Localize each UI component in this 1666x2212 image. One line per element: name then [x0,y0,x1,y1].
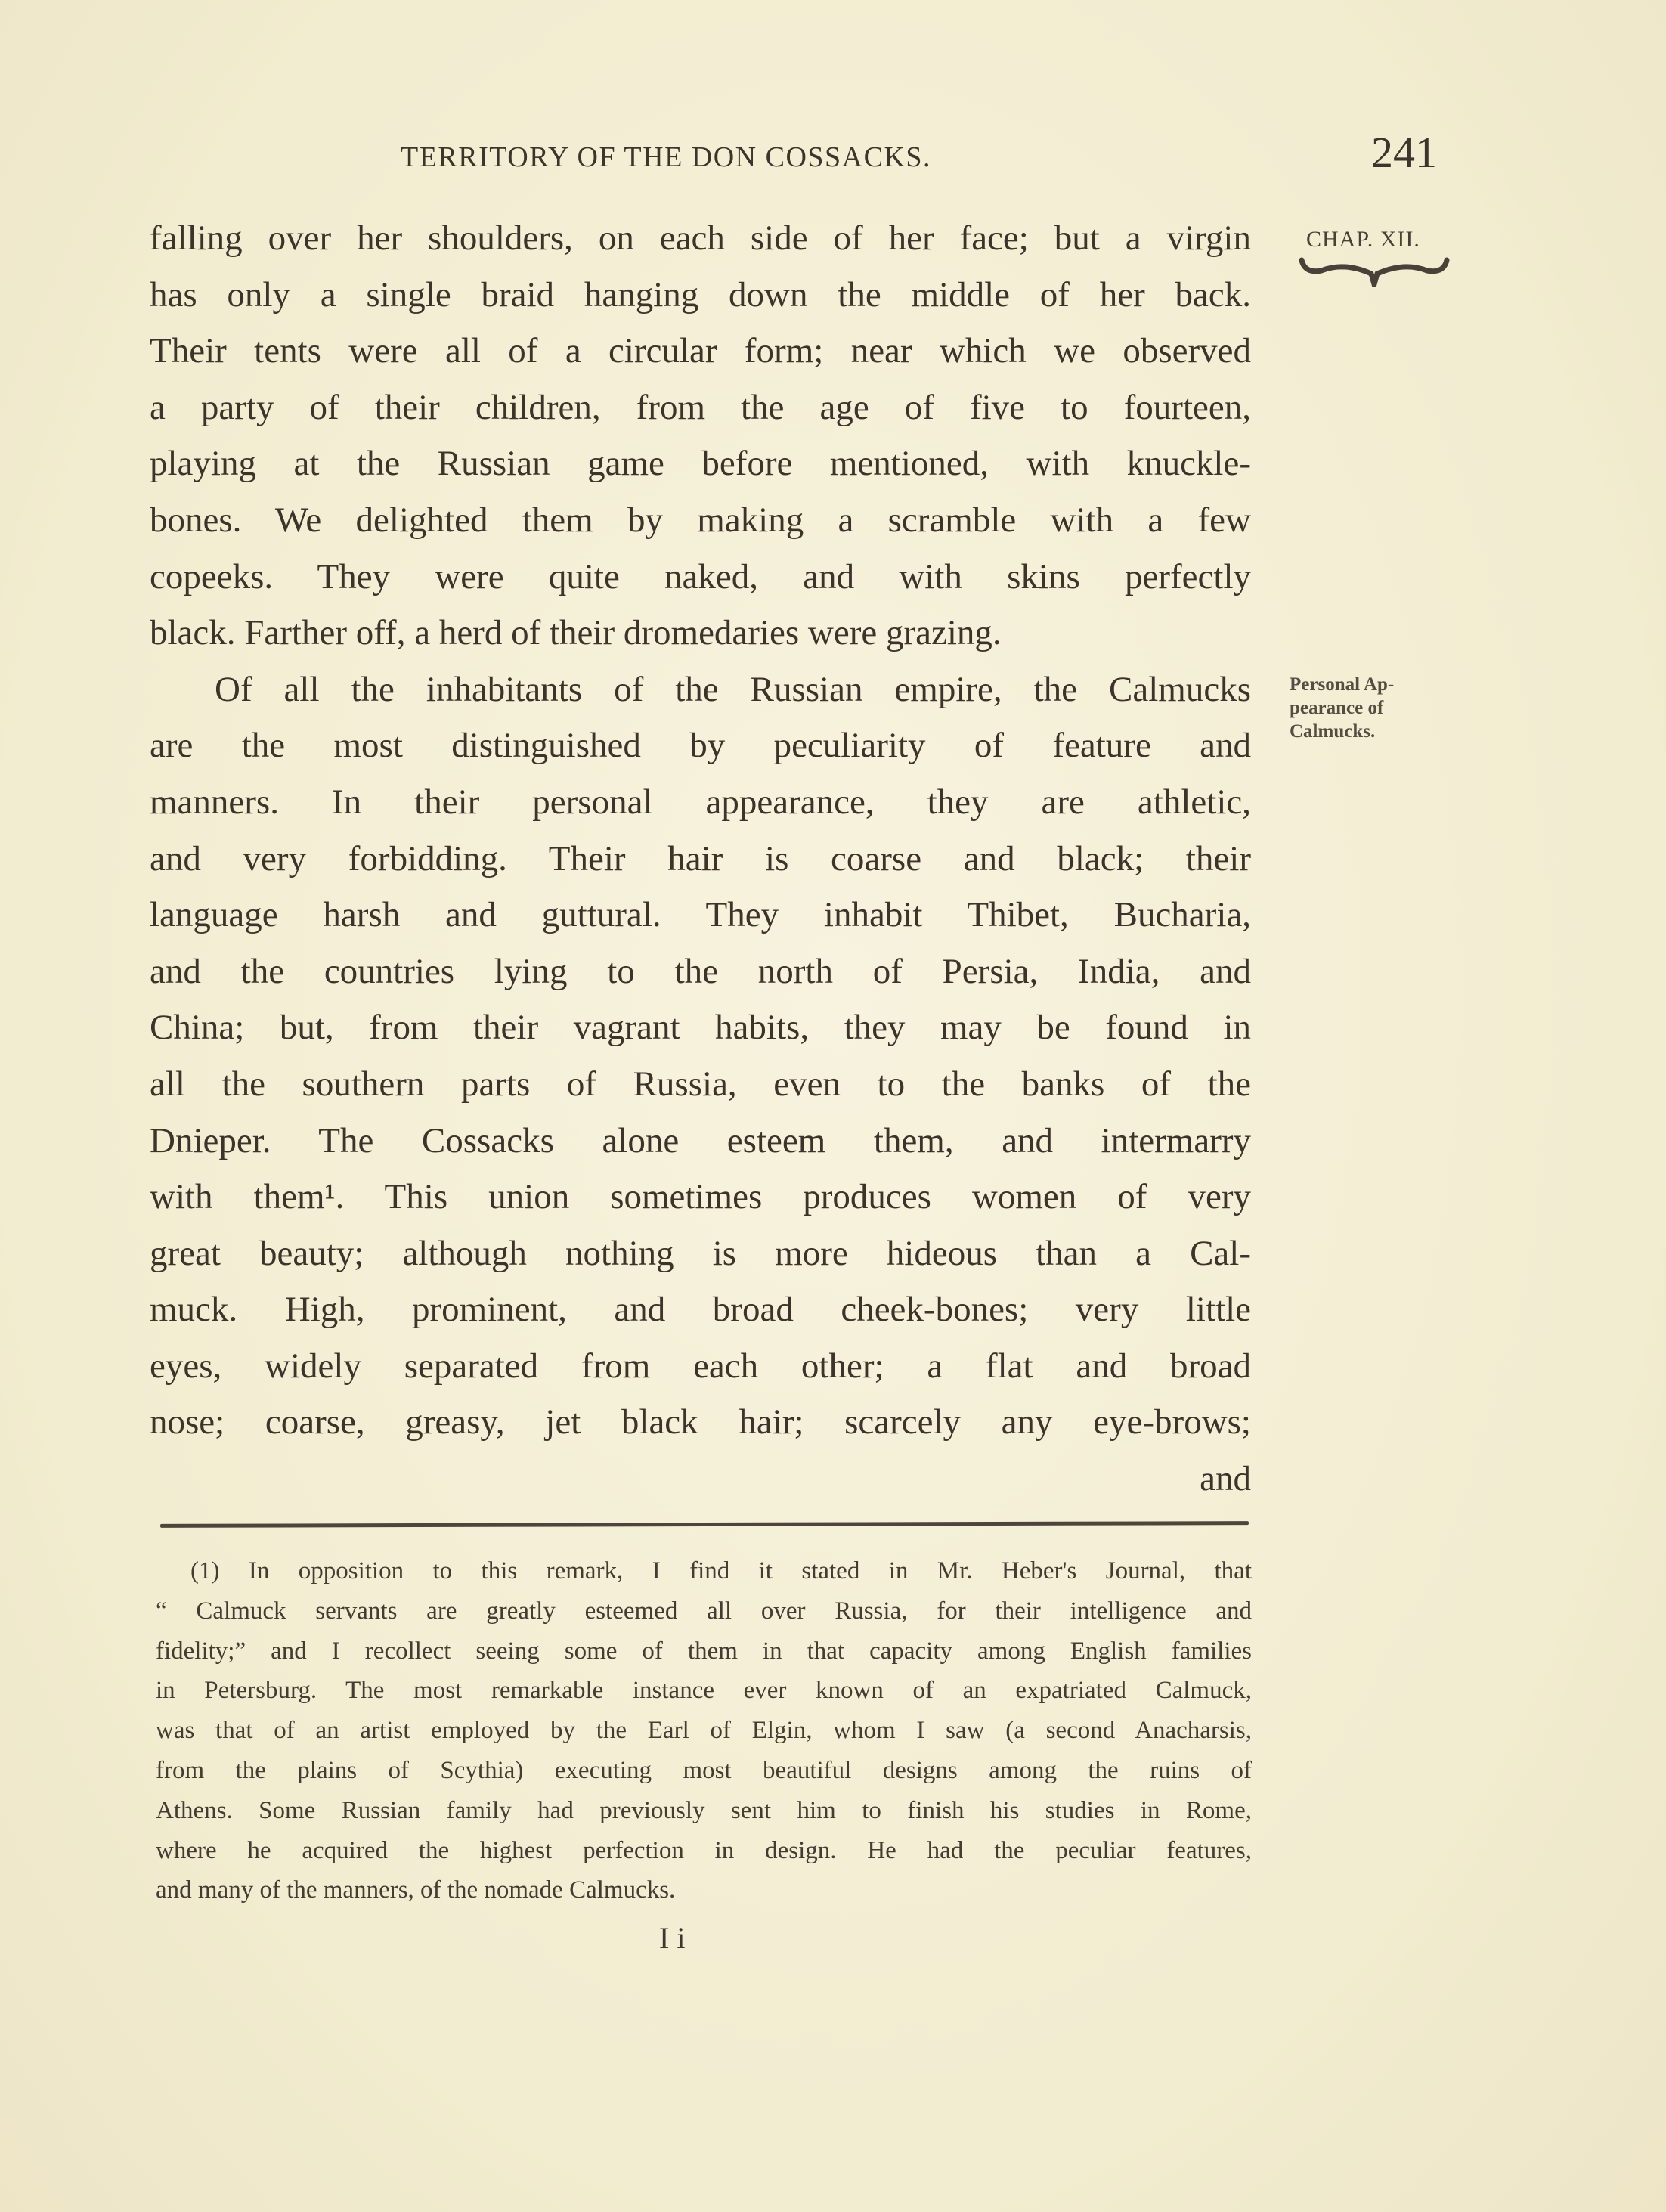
running-head: TERRITORY OF THE DON COSSACKS. [401,141,931,174]
footnote-line: where he acquired the highest perfection… [156,1831,1252,1871]
footnote-line: “ Calmuck servants are greatly esteemed … [156,1591,1252,1631]
book-page: TERRITORY OF THE DON COSSACKS. 241 CHAP.… [0,0,1666,2212]
footnote: (1) In opposition to this remark, I find… [156,1551,1252,1910]
margin-note: Personal Ap- pearance of Calmucks. [1290,673,1394,743]
footnote-line: in Petersburg. The most remarkable insta… [156,1671,1252,1711]
body-line: playing at the Russian game before menti… [150,435,1251,492]
body-line: black. Farther off, a herd of their drom… [150,605,1251,661]
footnote-rule [160,1521,1249,1528]
footnote-line: Athens. Some Russian family had previous… [156,1791,1252,1831]
body-text: falling over her shoulders, on each side… [150,210,1251,1507]
chapter-marker: CHAP. XII. [1306,227,1420,252]
margin-note-line: pearance of [1290,696,1394,720]
body-line: are the most distinguished by peculiarit… [150,717,1251,774]
footnote-line: was that of an artist employed by the Ea… [156,1711,1252,1751]
body-line: great beauty; although nothing is more h… [150,1225,1251,1282]
body-line: manners. In their personal appearance, t… [150,774,1251,831]
body-line: all the southern parts of Russia, even t… [150,1056,1251,1113]
margin-note-line: Calmucks. [1290,720,1394,743]
body-line: Of all the inhabitants of the Russian em… [150,661,1251,718]
body-line: falling over her shoulders, on each side… [150,210,1251,267]
body-line: China; but, from their vagrant habits, t… [150,999,1251,1056]
footnote-line: and many of the manners, of the nomade C… [156,1870,1252,1910]
signature-mark: I i [659,1920,685,1956]
body-line: muck. High, prominent, and broad cheek-b… [150,1281,1251,1338]
footnote-line: (1) In opposition to this remark, I find… [156,1551,1252,1591]
body-line: and very forbidding. Their hair is coars… [150,831,1251,888]
page-number: 241 [1371,127,1437,178]
body-line: a party of their children, from the age … [150,380,1251,436]
body-line: language harsh and guttural. They inhabi… [150,887,1251,943]
body-line: nose; coarse, greasy, jet black hair; sc… [150,1394,1251,1451]
body-line: has only a single braid hanging down the… [150,267,1251,324]
body-line: with them¹. This union sometimes produce… [150,1169,1251,1225]
catchword: and [150,1451,1251,1507]
body-line: and the countries lying to the north of … [150,943,1251,1000]
margin-note-line: Personal Ap- [1290,673,1394,696]
body-line: bones. We delighted them by making a scr… [150,492,1251,549]
footnote-line: fidelity;” and I recollect seeing some o… [156,1631,1252,1671]
body-line: Their tents were all of a circular form;… [150,323,1251,380]
brace-ornament-icon [1299,257,1450,287]
body-line: copeeks. They were quite naked, and with… [150,549,1251,606]
footnote-line: from the plains of Scythia) executing mo… [156,1751,1252,1791]
body-line: eyes, widely separated from each other; … [150,1338,1251,1395]
body-line: Dnieper. The Cossacks alone esteem them,… [150,1113,1251,1170]
